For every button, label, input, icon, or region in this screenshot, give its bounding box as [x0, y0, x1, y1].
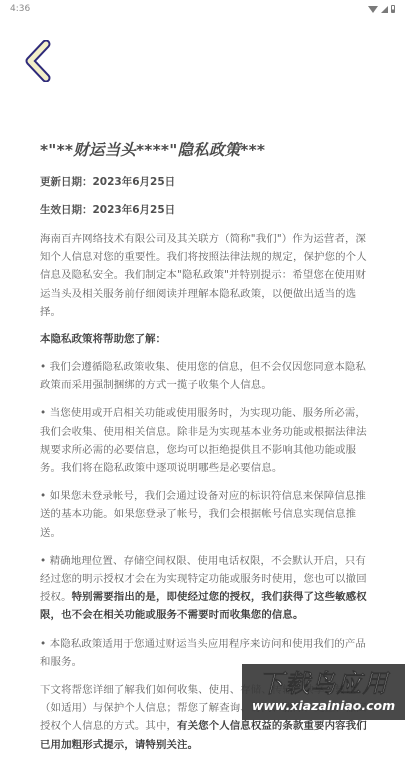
effective-date: 生效日期：2023年6月25日	[40, 202, 375, 217]
bullet-item: • 如果您未登录帐号，我们会通过设备对应的标识符信息来保障信息推送的基本功能。如…	[40, 487, 375, 542]
bullet-item: • 精确地理位置、存储空间权限、使用电话权限，不会默认开启，只有经过您的明示授权…	[40, 552, 375, 625]
back-button[interactable]	[24, 40, 54, 82]
chevron-left-icon	[24, 40, 54, 82]
signal-icon	[381, 6, 388, 13]
wifi-icon	[368, 6, 378, 13]
battery-icon	[391, 5, 395, 13]
summary-heading: 本隐私政策将帮助您了解：	[40, 331, 375, 346]
bullet-bold-text: 特别需要指出的是，即使经过您的授权，我们获得了这些敏感权限，也不会在相关功能或服…	[40, 591, 367, 621]
watermark-url: www.xiazainiao.com	[252, 698, 395, 714]
watermark: 下载鸟应用 www.xiazainiao.com	[242, 664, 405, 720]
watermark-title: 下载鸟应用	[258, 670, 388, 698]
policy-title: *"**财运当头****"隐私政策***	[40, 138, 375, 160]
status-time: 4:36	[10, 4, 30, 14]
bullet-item: • 当您使用或开启相关功能或使用服务时，为实现功能、服务所必需，我们会收集、使用…	[40, 404, 375, 477]
intro-paragraph: 海南百卉网络技术有限公司及其关联方（简称"我们"）作为运营者，深知个人信息对您的…	[40, 230, 375, 321]
updated-date: 更新日期：2023年6月25日	[40, 174, 375, 189]
status-icons	[368, 5, 395, 13]
bullet-item: • 我们会遵循隐私政策收集、使用您的信息，但不会仅因您同意本隐私政策而采用强制捆…	[40, 358, 375, 394]
status-bar: 4:36	[0, 0, 405, 18]
privacy-policy-content: *"**财运当头****"隐私政策*** 更新日期：2023年6月25日 生效日…	[40, 138, 375, 720]
